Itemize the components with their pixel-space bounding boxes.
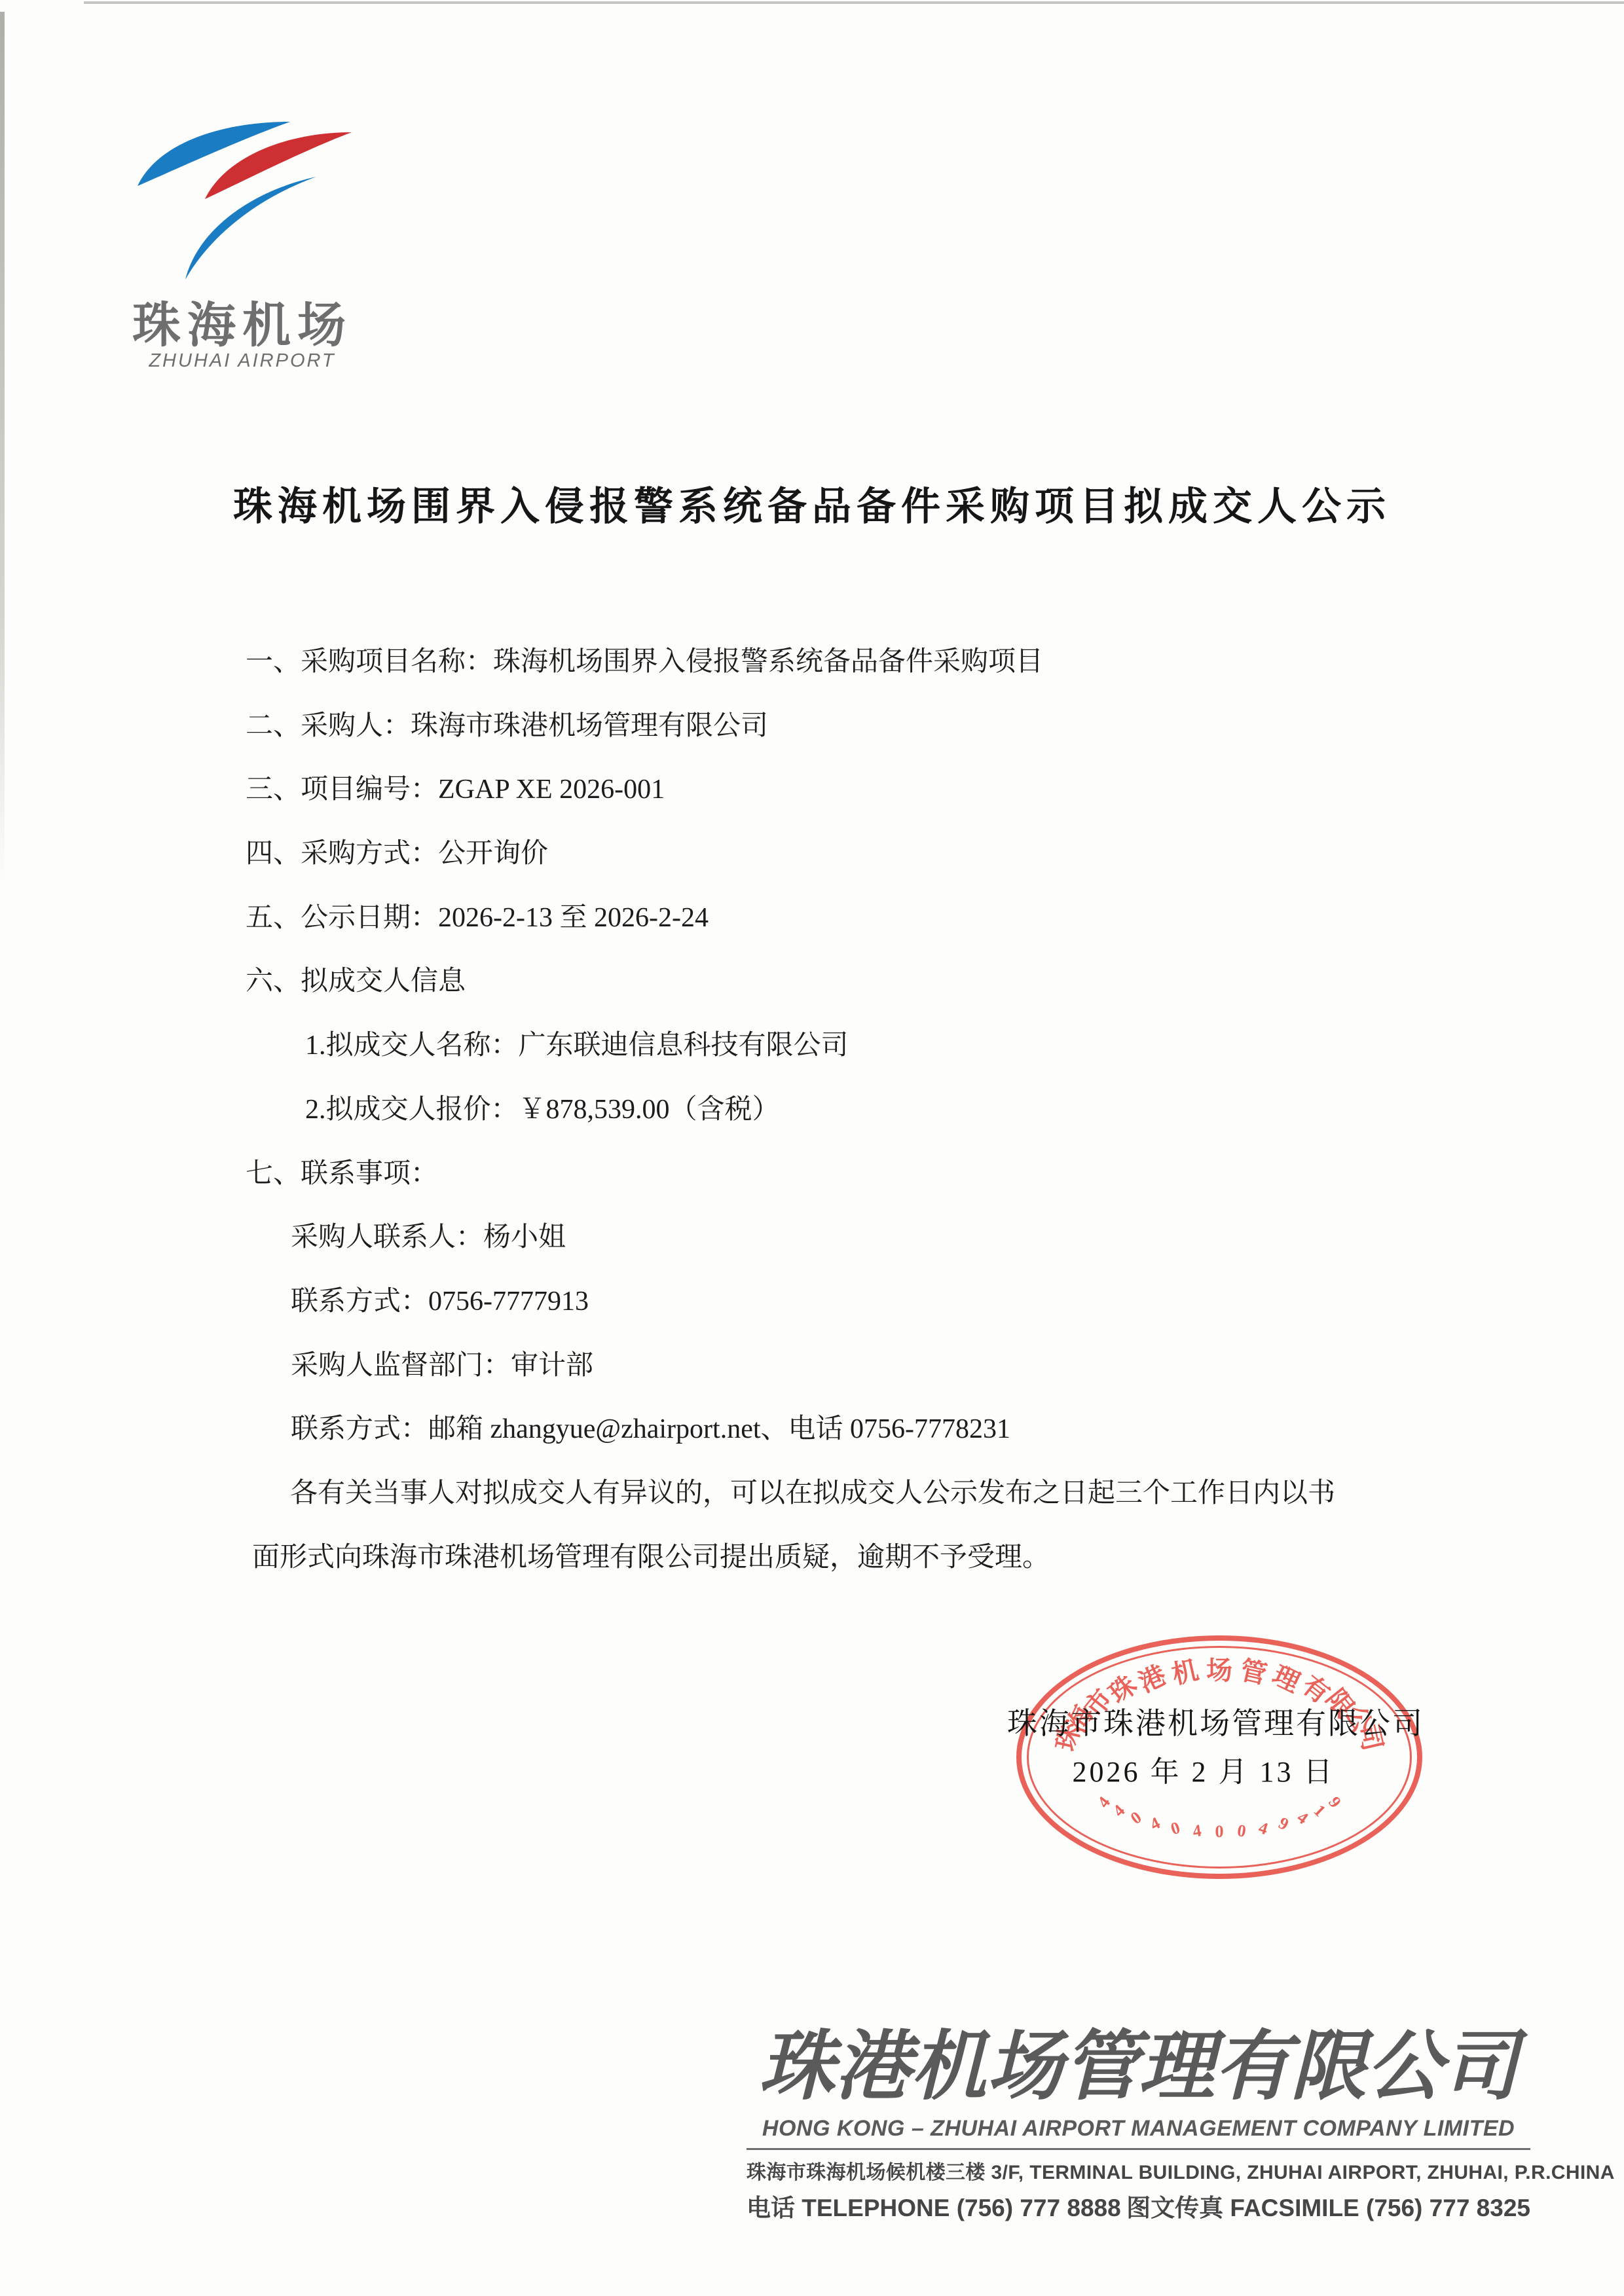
body-line: 二、采购人：珠海市珠港机场管理有限公司: [0, 695, 1624, 759]
body-lines: 一、采购项目名称：珠海机场围界入侵报警系统备品备件采购项目二、采购人：珠海市珠港…: [0, 630, 1624, 1590]
logo-swoosh-graphic: 珠海机场 ZHUHAI AIRPORT: [128, 113, 357, 374]
body-line: 采购人监督部门：审计部: [0, 1334, 1624, 1398]
body-line: 一、采购项目名称：珠海机场围界入侵报警系统备品备件采购项目: [0, 630, 1624, 695]
footer-company-zh: 珠港机场管理有限公司: [747, 2027, 1530, 2107]
body-line: 三、项目编号：ZGAP XE 2026-001: [0, 758, 1624, 822]
body-line: 各有关当事人对拟成交人有异议的，可以在拟成交人公示发布之日起三个工作日内以书: [0, 1462, 1624, 1526]
footer-divider: [747, 2148, 1530, 2150]
scanned-document-page: { "document": { "title": "珠海机场围界入侵报警系统备品…: [0, 0, 1624, 2296]
body-line: 面形式向珠海市珠港机场管理有限公司提出质疑，逾期不予受理。: [0, 1526, 1624, 1590]
logo-swoosh-blue-bottom: [185, 177, 316, 280]
logo-name-zh: 珠海机场: [132, 298, 352, 352]
body-line: 联系方式：0756-7777913: [0, 1270, 1624, 1334]
signature-company: 珠海市珠港机场管理有限公司: [1007, 1700, 1400, 1743]
body-line: 联系方式：邮箱 zhangyue@zhairport.net、电话 0756-7…: [0, 1398, 1624, 1462]
body-line: 四、采购方式：公开询价: [0, 822, 1624, 886]
body-line: 采购人联系人：杨小姐: [0, 1206, 1624, 1270]
page-title: 珠海机场围界入侵报警系统备品备件采购项目拟成交人公示: [0, 475, 1624, 532]
footer-telephone: 电话 TELEPHONE (756) 777 8888: [747, 2188, 1121, 2223]
footer-facsimile: 图文传真 FACSIMILE (756) 777 8325: [1126, 2188, 1530, 2223]
body-line: 1.拟成交人名称：广东联迪信息科技有限公司: [0, 1014, 1624, 1078]
footer-company-en: HONG KONG – ZHUHAI AIRPORT MANAGEMENT CO…: [747, 2116, 1530, 2141]
scan-artifact-top-edge: [84, 1, 1624, 4]
signature-date: 2026 年 2 月 13 日: [1007, 1748, 1400, 1790]
footer-phone-row: 电话 TELEPHONE (756) 777 8888 图文传真 FACSIMI…: [747, 2188, 1530, 2223]
body-line: 六、拟成交人信息: [0, 950, 1624, 1014]
footer-address: 珠海市珠海机场候机楼三楼 3/F, TERMINAL BUILDING, ZHU…: [747, 2156, 1530, 2185]
logo-name-en: ZHUHAI AIRPORT: [148, 350, 335, 371]
body-line: 五、公示日期：2026-2-13 至 2026-2-24: [0, 886, 1624, 951]
zhuhai-airport-logo: 珠海机场 ZHUHAI AIRPORT: [128, 113, 357, 374]
body-line: 七、联系事项：: [0, 1142, 1624, 1207]
letterhead-footer: 珠港机场管理有限公司 HONG KONG – ZHUHAI AIRPORT MA…: [747, 2027, 1530, 2223]
body-line: 2.拟成交人报价：￥878,539.00（含税）: [0, 1078, 1624, 1142]
